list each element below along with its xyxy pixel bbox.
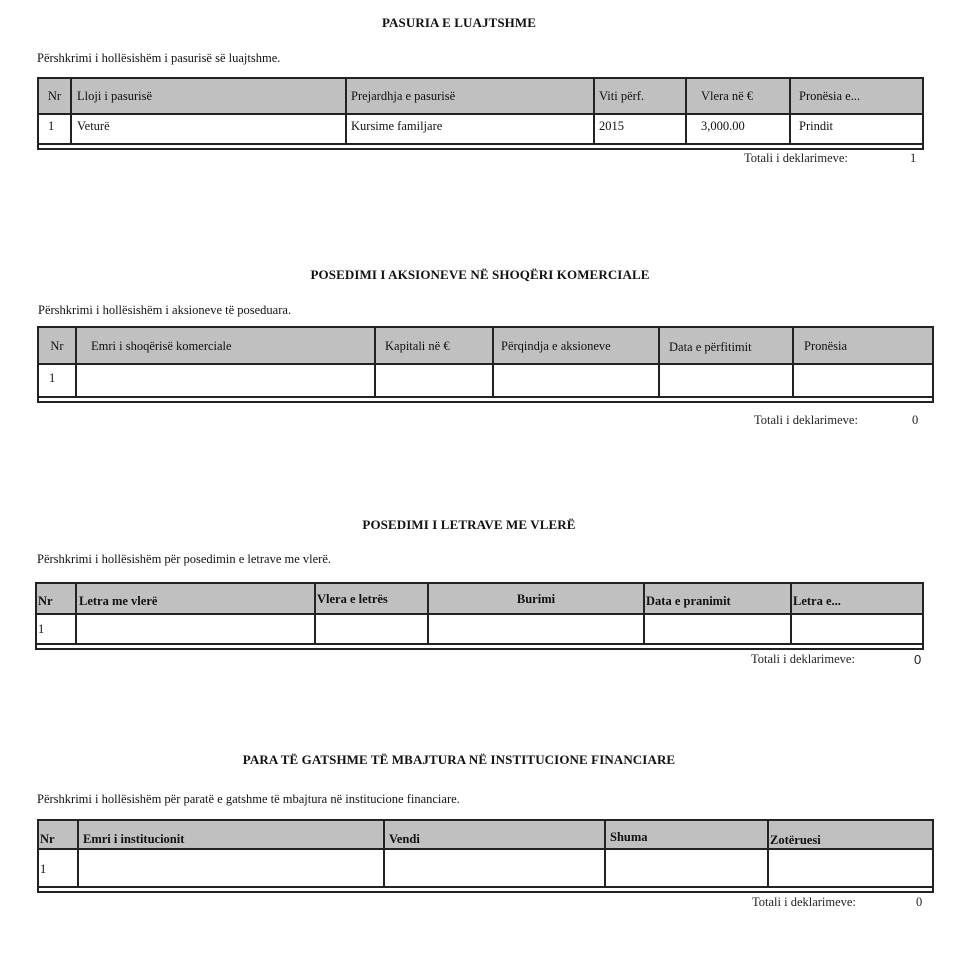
table-row: 1 Veturë Kursime familjare 2015 3,000.00…	[39, 115, 922, 145]
section-description: Përshkrimi i hollësishëm i pasurisë së l…	[37, 51, 280, 66]
table-header-row: Nr Letra me vlerë Vlera e letrës Burimi …	[37, 584, 922, 615]
total-declarations: Totali i deklarimeve: 1	[744, 151, 848, 166]
col-header-nr: Nr	[37, 584, 77, 613]
cell-country	[385, 850, 606, 886]
col-header-nr: Nr	[39, 821, 79, 848]
col-header-value: Vlera në €	[687, 79, 791, 113]
section-description: Përshkrimi i hollësishëm për posedimin e…	[37, 552, 331, 567]
table-header-row: Nr Emri i institucionit Vendi Shuma Zotë…	[39, 821, 932, 850]
table-bottom-rule	[39, 398, 932, 403]
cell-nr: 1	[39, 365, 77, 396]
cell-institution-name	[79, 850, 385, 886]
cell-value: 3,000.00	[687, 115, 791, 143]
section-description: Përshkrimi i hollësishëm i aksioneve të …	[38, 303, 291, 318]
table-row: 1	[39, 365, 932, 398]
col-header-security-value: Vlera e letrës	[316, 584, 429, 613]
cell-share-percent	[494, 365, 660, 396]
table-header-row: Nr Lloji i pasurisë Prejardhja e pasuris…	[39, 79, 922, 115]
cell-amount	[606, 850, 769, 886]
section-title: POSEDIMI I LETRAVE ME VLERË	[0, 517, 938, 533]
total-value: 1	[910, 151, 916, 166]
col-header-source: Burimi	[429, 584, 645, 613]
cell-security-value	[316, 615, 429, 643]
total-label: Totali i deklarimeve:	[754, 413, 858, 427]
total-label: Totali i deklarimeve:	[744, 151, 848, 165]
total-declarations: Totali i deklarimeve: 0	[751, 652, 855, 667]
cell-security-other	[792, 615, 922, 643]
cell-ownership	[794, 365, 932, 396]
table-row: 1	[37, 615, 922, 645]
table-bottom-rule	[39, 888, 932, 893]
col-header-nr: Nr	[39, 328, 77, 363]
total-label: Totali i deklarimeve:	[752, 895, 856, 909]
col-header-capital: Kapitali në €	[376, 328, 494, 363]
cell-nr: 1	[39, 115, 72, 143]
cell-security	[77, 615, 316, 643]
col-header-year: Viti përf.	[595, 79, 687, 113]
cell-ownership: Prindit	[791, 115, 922, 143]
total-declarations: Totali i deklarimeve: 0	[752, 895, 856, 910]
col-header-amount: Shuma	[606, 821, 769, 848]
cell-holder	[769, 850, 932, 886]
total-value: 0	[916, 895, 922, 910]
cell-nr: 1	[37, 615, 77, 643]
col-header-security: Letra me vlerë	[77, 584, 316, 613]
col-header-nr: Nr	[39, 79, 72, 113]
col-header-security-other: Letra e...	[792, 584, 922, 613]
cell-origin: Kursime familjare	[347, 115, 595, 143]
securities-table: Nr Letra me vlerë Vlera e letrës Burimi …	[35, 582, 924, 650]
col-header-asset-type: Lloji i pasurisë	[72, 79, 347, 113]
cell-source	[429, 615, 645, 643]
section-title: PARA TË GATSHME TË MBAJTURA NË INSTITUCI…	[0, 752, 918, 768]
col-header-company-name: Emri i shoqërisë komerciale	[77, 328, 376, 363]
total-label: Totali i deklarimeve:	[751, 652, 855, 666]
cell-year: 2015	[595, 115, 687, 143]
cell-acquisition-date	[660, 365, 794, 396]
cell-asset-type: Veturë	[72, 115, 347, 143]
total-value: 0	[912, 413, 918, 428]
col-header-receipt-date: Data e pranimit	[645, 584, 792, 613]
col-header-share-percent: Përqindja e aksioneve	[494, 328, 660, 363]
section-title: POSEDIMI I AKSIONEVE NË SHOQËRI KOMERCIA…	[0, 267, 960, 283]
col-header-institution-name: Emri i institucionit	[79, 821, 385, 848]
col-header-ownership: Pronësia	[794, 328, 932, 363]
col-header-acquisition-date: Data e përfitimit	[660, 328, 794, 363]
table-header-row: Nr Emri i shoqërisë komerciale Kapitali …	[39, 328, 932, 365]
col-header-holder: Zotëruesi	[769, 821, 932, 848]
col-header-ownership: Pronësia e...	[791, 79, 922, 113]
cell-company-name	[77, 365, 376, 396]
table-row: 1	[39, 850, 932, 888]
cell-capital	[376, 365, 494, 396]
section-description: Përshkrimi i hollësishëm për paratë e ga…	[37, 792, 460, 807]
col-header-origin: Prejardhja e pasurisë	[347, 79, 595, 113]
movable-assets-table: Nr Lloji i pasurisë Prejardhja e pasuris…	[37, 77, 924, 150]
cash-table: Nr Emri i institucionit Vendi Shuma Zotë…	[37, 819, 934, 893]
table-bottom-rule	[37, 645, 922, 650]
shares-table: Nr Emri i shoqërisë komerciale Kapitali …	[37, 326, 934, 403]
col-header-country: Vendi	[385, 821, 606, 848]
cell-receipt-date	[645, 615, 792, 643]
cell-nr: 1	[39, 850, 79, 886]
total-declarations: Totali i deklarimeve: 0	[754, 413, 858, 428]
total-value: 0	[914, 652, 921, 667]
section-title: PASURIA E LUAJTSHME	[0, 15, 918, 31]
table-bottom-rule	[39, 145, 922, 150]
